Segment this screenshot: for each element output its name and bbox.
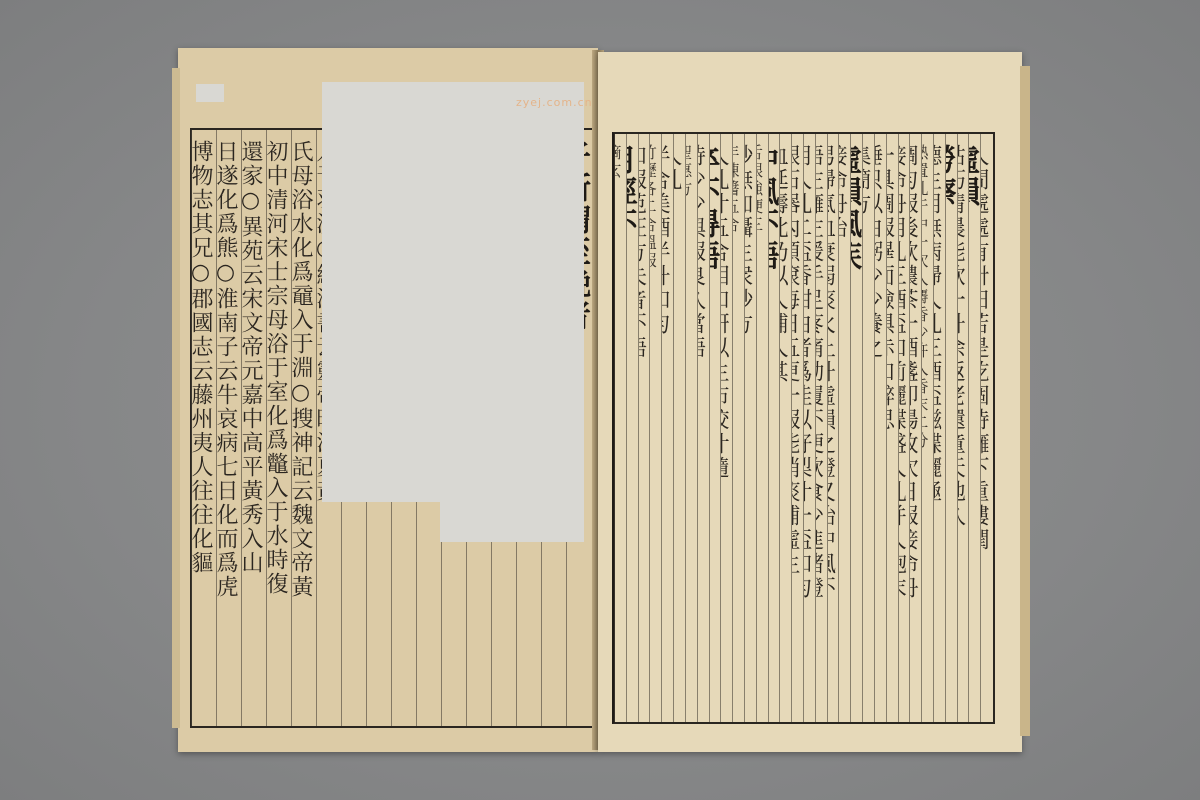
text-column: 時少少與服良久當語 xyxy=(698,134,710,722)
text-column: 勞瘵 xyxy=(946,134,958,722)
text-column: 睡只以白粥少少養之 xyxy=(875,134,887,722)
text-column: 舌根強硬三 xyxy=(757,134,769,722)
open-book: 子所謂至娩者物變不得不變自之怪者邪譚子化書精也貧婦化爲說武昌貞婦望夫禾石陷入石穴… xyxy=(178,40,1024,760)
restoration-patch-lower xyxy=(440,488,584,542)
text-column: 德生用無病婦人乳三酒盃磁碟曬極 xyxy=(934,134,946,722)
text-column: 竹瀝各二合溫服 xyxy=(650,134,662,722)
text-column: 血延壽此乃以人補人其 xyxy=(780,134,792,722)
text-column: 虛損風疾 xyxy=(851,134,863,722)
right-page-edge xyxy=(1020,66,1030,736)
text-column: 枯朽清晨能飲一升余返老還童天地久 xyxy=(958,134,970,722)
text-column: 接命丹用乳三酒盃如前曬碟盛人乳并人胞末 xyxy=(899,134,911,722)
column-rule xyxy=(191,130,192,726)
text-column: 還家○異苑云宋文帝元嘉中高平黃秀入山 xyxy=(242,130,267,726)
text-column: 熱置乳于中一次入麝香少許入香末二分 xyxy=(922,134,934,722)
text-column: 年陳醬五合 xyxy=(733,134,745,722)
text-column: 集簡方 xyxy=(863,134,875,722)
text-column: 摘玄 xyxy=(615,134,627,722)
text-column: 月經不 xyxy=(627,134,639,722)
text-column: 半合美酒半升和勻 xyxy=(662,134,674,722)
left-page: 子所謂至娩者物變不得不變自之怪者邪譚子化書精也貧婦化爲說武昌貞婦望夫禾石陷入石穴… xyxy=(178,48,598,752)
watermark: zyej.com.cn xyxy=(516,96,593,109)
text-column: 博物志其兄○郡國志云藤州夷人往往化貙 xyxy=(192,130,217,726)
text-column: 人間處處有卅田若是乾涸時癰下重樓潤 xyxy=(981,134,993,722)
left-page-edge xyxy=(172,68,180,728)
text-column: 一具調服畢面臉俱赤如醉思 xyxy=(887,134,899,722)
column-rule xyxy=(614,134,615,722)
restoration-patch xyxy=(322,82,584,502)
text-column: 中風不語 xyxy=(769,134,781,722)
text-column: 銀石器內頓滾每日五更一服能消痰補虛生 xyxy=(792,134,804,722)
text-column: 男婦氣血衰弱痰火上升虛損之證又治中風不 xyxy=(828,134,840,722)
text-column: 接命丹治 xyxy=(839,134,851,722)
text-column: 虛損 xyxy=(969,134,981,722)
text-column: 日遂化爲熊○淮南子云牛哀病七日化而爲虎 xyxy=(217,130,242,726)
text-column: 人乳 xyxy=(674,134,686,722)
restoration-patch-corner xyxy=(196,84,224,102)
text-column: 初中清河宋士宗母浴于室化爲鼈入于水時復 xyxy=(267,130,292,726)
right-page-columns: 人間處處有卅田若是乾涸時癰下重樓潤虛損枯朽清晨能飲一升余返老還童天地久勞瘵德生用… xyxy=(615,134,993,722)
text-column: 和服范汪方失音不語 xyxy=(639,134,651,722)
text-column: 語左癱左緩手足疼痛動履不便飲食少進諸證 xyxy=(816,134,828,722)
text-column: 妙無加攝生衆妙方 xyxy=(745,134,757,722)
text-column: 聖惠方 xyxy=(686,134,698,722)
text-column: 卒不得語 xyxy=(710,134,722,722)
right-page-frame: 人間處處有卅田若是乾涸時癰下重樓潤虛損枯朽清晨能飲一升余返老還童天地久勞瘵德生用… xyxy=(612,132,995,724)
text-column: 人乳汁五合相和研以生布絞汁隨 xyxy=(721,134,733,722)
text-column: 用人乳二盃香甜白者爲佳以好梨汁一盃和勻 xyxy=(804,134,816,722)
text-column: 氏母浴水化爲黿入于淵○搜神記云魏文帝黃 xyxy=(292,130,317,726)
text-column: 調勻服後飲濃茶一酒盞即陽敗次日服接命丹 xyxy=(910,134,922,722)
